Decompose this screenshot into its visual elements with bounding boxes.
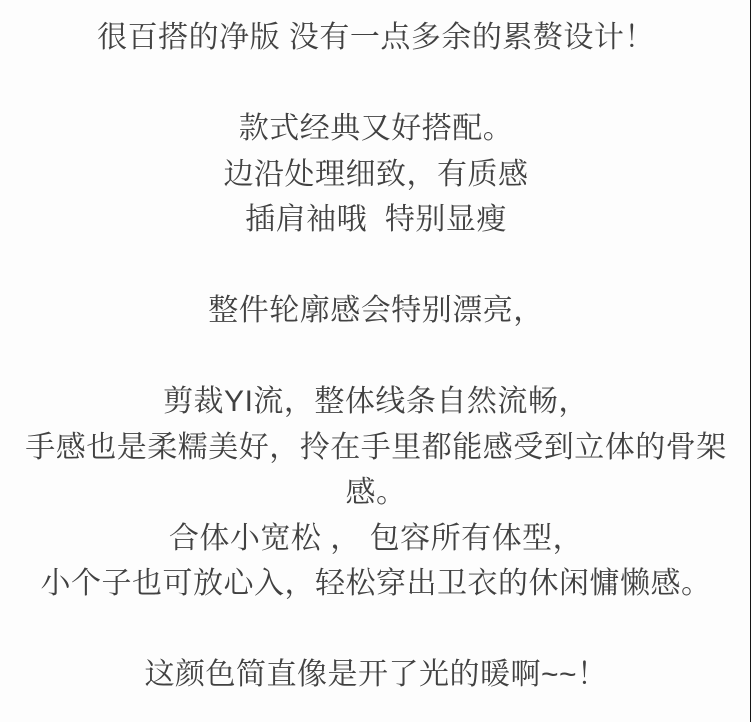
text-line: 款式经典又好搭配。	[0, 106, 752, 152]
text-line: 这颜色简直像是开了光的暖啊~~！	[0, 652, 752, 698]
text-line: 小个子也可放心入，轻松穿出卫衣的休闲慵懒感。	[0, 561, 752, 607]
product-description-page: 很百搭的净版 没有一点多余的累赘设计！ 款式经典又好搭配。 边沿处理细致，有质感…	[0, 0, 752, 722]
text-line: 手感也是柔糯美好，拎在手里都能感受到立体的骨架	[0, 425, 752, 471]
paragraph-intro: 很百搭的净版 没有一点多余的累赘设计！	[0, 15, 752, 61]
right-edge-border	[750, 0, 752, 722]
text-line: 感。	[0, 470, 752, 516]
text-line: 合体小宽松 ， 包容所有体型，	[0, 516, 752, 562]
paragraph-style: 款式经典又好搭配。 边沿处理细致，有质感 插肩袖哦 特别显瘦	[0, 106, 752, 243]
text-line: 整件轮廓感会特别漂亮，	[0, 288, 752, 334]
paragraph-color: 这颜色简直像是开了光的暖啊~~！	[0, 652, 752, 698]
paragraph-fabric-fit: 剪裁YI流，整体线条自然流畅， 手感也是柔糯美好，拎在手里都能感受到立体的骨架 …	[0, 379, 752, 607]
text-line: 边沿处理细致，有质感	[0, 152, 752, 198]
text-line: 很百搭的净版 没有一点多余的累赘设计！	[0, 15, 752, 61]
text-line: 剪裁YI流，整体线条自然流畅，	[0, 379, 752, 425]
text-line: 插肩袖哦 特别显瘦	[0, 197, 752, 243]
paragraph-silhouette: 整件轮廓感会特别漂亮，	[0, 288, 752, 334]
